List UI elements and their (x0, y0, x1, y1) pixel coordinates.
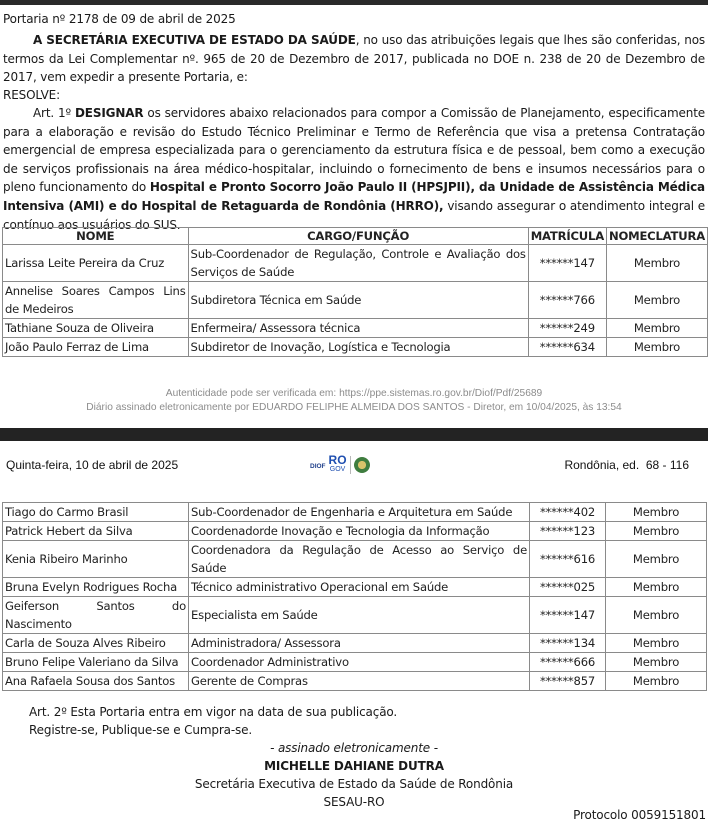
cell-nome: Tiago do Carmo Brasil (3, 503, 189, 522)
cell-nome: Ana Rafaela Sousa dos Santos (3, 672, 189, 691)
cell-nomeclatura: Membro (606, 319, 707, 338)
preamble-authority: A SECRETÁRIA EXECUTIVA DE ESTADO DA SAÚD… (33, 33, 356, 47)
state-seal-icon (354, 457, 370, 473)
header-cargo: CARGO/FUNÇÃO (188, 228, 528, 245)
signed-electronically: - assinado eletronicamente - (0, 739, 708, 758)
cell-nome: Larissa Leite Pereira da Cruz (3, 245, 189, 282)
cell-nomeclatura: Membro (606, 672, 707, 691)
cell-matricula: ******147 (530, 597, 606, 634)
table-row: Bruno Felipe Valeriano da SilvaCoordenad… (3, 653, 707, 672)
cell-nomeclatura: Membro (606, 634, 707, 653)
cell-nome: Annelise Soares Campos Lins de Medeiros (3, 282, 189, 319)
table-row: Bruna Evelyn Rodrigues RochaTécnico admi… (3, 578, 707, 597)
cell-nome: Tathiane Souza de Oliveira (3, 319, 189, 338)
cell-matricula: ******402 (530, 503, 606, 522)
cell-nome: Patrick Hebert da Silva (3, 522, 189, 541)
cell-cargo: Administradora/ Assessora (189, 634, 530, 653)
cell-cargo: Enfermeira/ Assessora técnica (188, 319, 528, 338)
cell-nomeclatura: Membro (606, 597, 707, 634)
table-row: Kenia Ribeiro MarinhoCoordenadora da Reg… (3, 541, 707, 578)
table-header-row: NOME CARGO/FUNÇÃO MATRÍCULA NOMECLATURA (3, 228, 708, 245)
art1-prefix: Art. 1º (33, 106, 75, 120)
diof-label: DIOF (310, 463, 326, 470)
cell-cargo: Coordenadorde Inovação e Tecnologia da I… (189, 522, 530, 541)
cell-cargo: Subdiretor de Inovação, Logística e Tecn… (188, 338, 528, 357)
table-row: Patrick Hebert da SilvaCoordenadorde Ino… (3, 522, 707, 541)
cell-cargo: Subdiretora Técnica em Saúde (188, 282, 528, 319)
table-row: Tiago do Carmo BrasilSub-Coordenador de … (3, 503, 707, 522)
registre-text: Registre-se, Publique-se e Cumpra-se. (29, 721, 252, 740)
cell-matricula: ******634 (528, 338, 606, 357)
cell-nome: Kenia Ribeiro Marinho (3, 541, 189, 578)
diof-ro-gov-logo: DIOF RO GOV (310, 450, 370, 480)
table-row: Annelise Soares Campos Lins de MedeirosS… (3, 282, 708, 319)
cell-nomeclatura: Membro (606, 578, 707, 597)
header-nomeclatura: NOMECLATURA (606, 228, 707, 245)
cell-nomeclatura: Membro (606, 245, 707, 282)
page-header-edition: Rondônia, ed. 68 - 116 (564, 458, 689, 472)
members-table-page1: NOME CARGO/FUNÇÃO MATRÍCULA NOMECLATURA … (2, 227, 708, 357)
cell-cargo: Técnico administrativo Operacional em Sa… (189, 578, 530, 597)
cell-matricula: ******857 (530, 672, 606, 691)
cell-nome: João Paulo Ferraz de Lima (3, 338, 189, 357)
cell-matricula: ******766 (528, 282, 606, 319)
table-row: Geiferson Santos do NascimentoEspecialis… (3, 597, 707, 634)
table-row: Larissa Leite Pereira da CruzSub-Coorden… (3, 245, 708, 282)
preamble-paragraph: A SECRETÁRIA EXECUTIVA DE ESTADO DA SAÚD… (3, 31, 705, 87)
cell-nome: Bruna Evelyn Rodrigues Rocha (3, 578, 189, 597)
cell-matricula: ******616 (530, 541, 606, 578)
cell-cargo: Especialista em Saúde (189, 597, 530, 634)
art1-designar: DESIGNAR (75, 106, 144, 120)
signer-name: MICHELLE DAHIANE DUTRA (0, 757, 708, 776)
cell-matricula: ******123 (530, 522, 606, 541)
signature-note: Diário assinado eletronicamente por EDUA… (0, 401, 708, 415)
cell-nomeclatura: Membro (606, 503, 707, 522)
cell-nome: Carla de Souza Alves Ribeiro (3, 634, 189, 653)
logo-divider (350, 456, 351, 474)
table-row: Carla de Souza Alves RibeiroAdministrado… (3, 634, 707, 653)
cell-matricula: ******666 (530, 653, 606, 672)
art2-text: Art. 2º Esta Portaria entra em vigor na … (29, 703, 397, 722)
table-row: Ana Rafaela Sousa dos SantosGerente de C… (3, 672, 707, 691)
cell-matricula: ******025 (530, 578, 606, 597)
cell-matricula: ******134 (530, 634, 606, 653)
resolve-label: RESOLVE: (3, 86, 705, 105)
protocolo-number: Protocolo 0059151801 (573, 806, 706, 823)
portaria-title: Portaria nº 2178 de 09 de abril de 2025 (3, 10, 236, 29)
cell-nomeclatura: Membro (606, 653, 707, 672)
cell-nomeclatura: Membro (606, 541, 707, 578)
members-table-page2: Tiago do Carmo BrasilSub-Coordenador de … (2, 502, 707, 691)
header-nome: NOME (3, 228, 189, 245)
page-top-border (0, 0, 708, 5)
page-header-date: Quinta-feira, 10 de abril de 2025 (6, 458, 178, 472)
cell-cargo: Sub-Coordenador de Engenharia e Arquitet… (189, 503, 530, 522)
signer-role: Secretária Executiva de Estado da Saúde … (0, 775, 708, 794)
cell-nome: Geiferson Santos do Nascimento (3, 597, 189, 634)
cell-cargo: Sub-Coordenador de Regulação, Controle e… (188, 245, 528, 282)
table-row: João Paulo Ferraz de LimaSubdiretor de I… (3, 338, 708, 357)
cell-cargo: Coordenadora da Regulação de Acesso ao S… (189, 541, 530, 578)
cell-matricula: ******249 (528, 319, 606, 338)
cell-nomeclatura: Membro (606, 338, 707, 357)
ro-gov-mark: RO GOV (329, 456, 347, 474)
page-separator (0, 428, 708, 441)
cell-nomeclatura: Membro (606, 282, 707, 319)
cell-nomeclatura: Membro (606, 522, 707, 541)
cell-cargo: Coordenador Administrativo (189, 653, 530, 672)
header-matricula: MATRÍCULA (528, 228, 606, 245)
table-row: Tathiane Souza de OliveiraEnfermeira/ As… (3, 319, 708, 338)
authenticity-note: Autenticidade pode ser verificada em: ht… (0, 387, 708, 401)
cell-matricula: ******147 (528, 245, 606, 282)
art1-paragraph: Art. 1º DESIGNAR os servidores abaixo re… (3, 104, 705, 234)
cell-cargo: Gerente de Compras (189, 672, 530, 691)
cell-nome: Bruno Felipe Valeriano da Silva (3, 653, 189, 672)
